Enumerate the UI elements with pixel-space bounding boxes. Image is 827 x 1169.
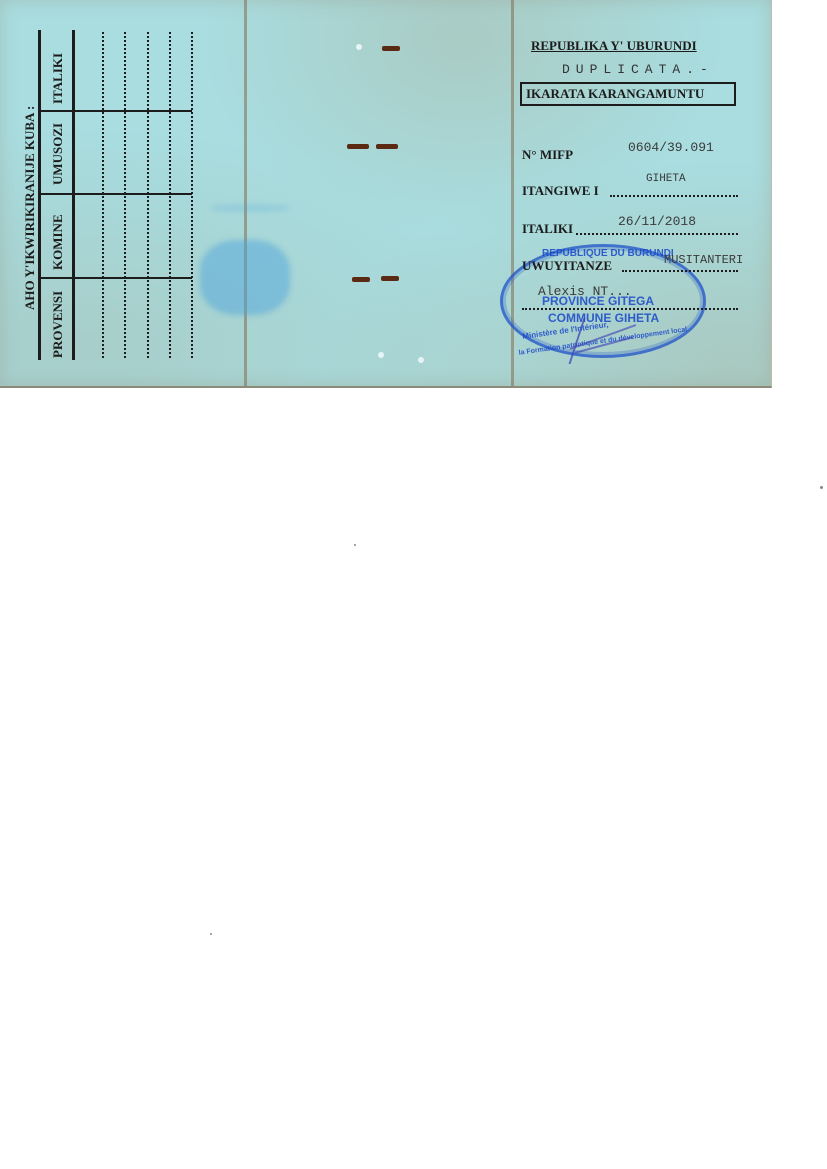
- mifp-value: 0604/39.091: [628, 140, 714, 155]
- staple-hole: [378, 352, 384, 358]
- date-line: [576, 233, 738, 235]
- table-border-left: [38, 30, 41, 360]
- staple: [382, 46, 400, 51]
- column-header-italiki: ITALIKI: [50, 53, 66, 104]
- column-header-umusozi: UMUSOZI: [50, 123, 66, 185]
- entry-row-line: [191, 32, 193, 358]
- ink-smudge: [200, 240, 290, 315]
- address-change-panel: AHO Y'IKWIRIKIRANIJE KUBA : PROVENSI KOM…: [0, 0, 244, 386]
- table-header-divider: [72, 30, 75, 360]
- entry-row-line: [102, 32, 104, 358]
- issued-at-value: GIHETA: [646, 173, 686, 185]
- entry-row-line: [124, 32, 126, 358]
- scan-speck: [210, 933, 212, 935]
- duplicate-mark: DUPLICATA.-: [562, 62, 714, 77]
- issuer-label: UWUYITANZE: [522, 258, 612, 274]
- identity-card: AHO Y'IKWIRIKIRANIJE KUBA : PROVENSI KOM…: [0, 0, 772, 388]
- staple-hole: [356, 44, 362, 50]
- fold-crease: [244, 0, 247, 386]
- signatory-line: [522, 308, 738, 310]
- scan-speck: [820, 486, 823, 489]
- staple: [376, 144, 398, 149]
- mifp-label: N° MIFP: [522, 147, 573, 163]
- id-card-front-panel: REPUBLIKA Y' UBURUNDI DUPLICATA.- IKARAT…: [514, 0, 771, 386]
- date-label: ITALIKI: [522, 221, 573, 237]
- issuer-line: [622, 270, 738, 272]
- stamp-province: PROVINCE GITEGA: [542, 294, 654, 308]
- issued-at-label: ITANGIWE I: [522, 183, 599, 199]
- scan-speck: [354, 544, 356, 546]
- issuer-value: MUSITANTERI: [664, 253, 743, 267]
- column-header-provensi: PROVENSI: [50, 291, 66, 358]
- issued-at-line: [610, 195, 738, 197]
- staple: [381, 276, 399, 281]
- entry-row-line: [169, 32, 171, 358]
- country-name: REPUBLIKA Y' UBURUNDI: [531, 38, 697, 54]
- column-header-komine: KOMINE: [50, 214, 66, 270]
- entry-row-line: [147, 32, 149, 358]
- staple: [347, 144, 369, 149]
- date-value: 26/11/2018: [618, 214, 696, 229]
- ink-smudge: [210, 205, 290, 211]
- staple-hole: [418, 357, 424, 363]
- staple: [352, 277, 370, 282]
- address-table-title: AHO Y'IKWIRIKIRANIJE KUBA :: [22, 106, 38, 310]
- card-title: IKARATA KARANGAMUNTU: [520, 82, 736, 106]
